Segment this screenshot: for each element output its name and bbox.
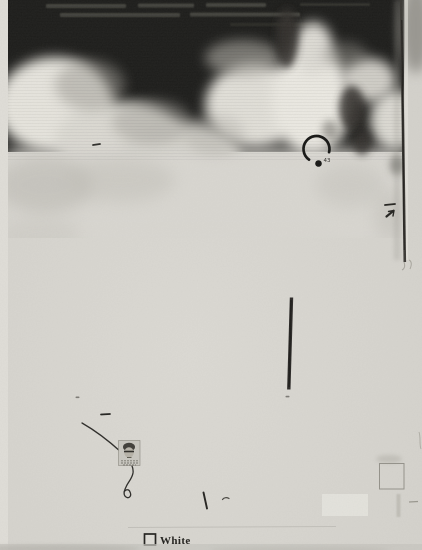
page-canvas: 43 White	[0, 0, 422, 550]
scanned-document-page: 43 White	[0, 0, 422, 550]
paper-grain	[0, 0, 422, 550]
